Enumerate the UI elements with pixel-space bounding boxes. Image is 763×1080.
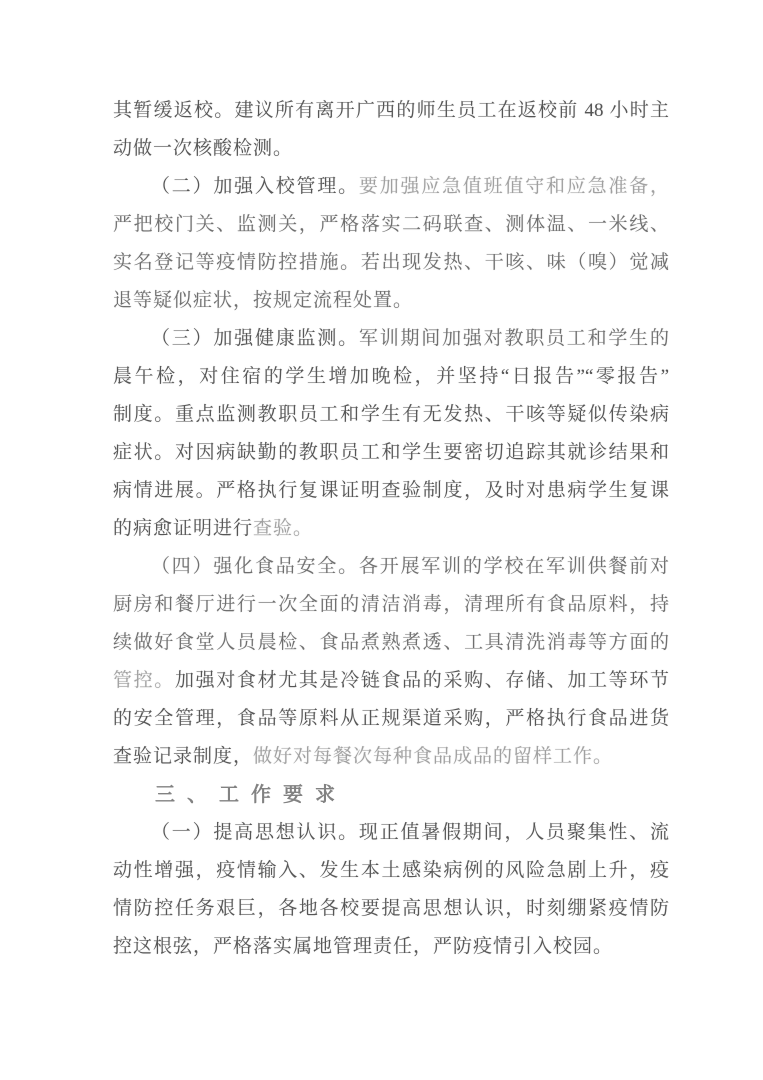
text-line-20: （一）提高思想认识。现正值暑假期间，人员聚集性、流 [113, 814, 669, 852]
text-segment: 严把校门关、监测关，严格落实二码联查、测体温、一米线、 [113, 214, 669, 235]
text-line-16: 管控。加强对食材尤其是冷链食品的采购、存储、加工等环节 [113, 662, 669, 700]
text-segment: 实名登记等疫情防控措施。若出现发热、干咳、味（嗅）觉减 [113, 252, 669, 273]
text-line-10: 症状。对因病缺勤的教职员工和学生要密切追踪其就诊结果和 [113, 434, 669, 472]
text-segment: （一）提高思想认识。现正值暑假期间，人员聚集性、流 [151, 822, 669, 843]
text-line-11: 病情进展。严格执行复课证明查验制度，及时对患病学生复课 [113, 472, 669, 510]
text-segment: 做好对每餐次每种食品成品的留样工作。 [253, 746, 613, 767]
text-segment: 动做一次核酸检测。 [113, 138, 293, 159]
text-line-4: 严把校门关、监测关，严格落实二码联查、测体温、一米线、 [113, 206, 669, 244]
text-line-6: 退等疑似症状，按规定流程处置。 [113, 282, 669, 320]
text-segment: 的病愈证明进行 [113, 518, 253, 539]
text-line-7: （三）加强健康监测。军训期间加强对教职员工和学生的 [113, 320, 669, 358]
text-segment: 续做好食堂人员晨检、食品煮熟煮透、工具清洗消毒等方面的 [113, 632, 669, 653]
text-segment: 军训期间加强对教职员工和学生的 [359, 328, 669, 349]
text-segment: 的安全管理，食品等原料从正规渠道采购，严格执行食品进货 [113, 708, 669, 729]
text-segment: 三、工作要求 [155, 784, 347, 806]
text-line-9: 制度。重点监测教职员工和学生有无发热、干咳等疑似传染病 [113, 396, 669, 434]
text-segment: 症状。对因病缺勤的教职员工和学生要密切追踪其就诊结果和 [113, 442, 669, 463]
text-line-5: 实名登记等疫情防控措施。若出现发热、干咳、味（嗅）觉减 [113, 244, 669, 282]
text-segment: 晨午检，对住宿的学生增加晚检，并坚持“日报告”“零报告” [113, 366, 669, 387]
text-segment: 厨房和餐厅进行一次全面的清洁消毒，清理所有食品原料，持 [113, 594, 669, 615]
text-segment: 管控。 [113, 670, 175, 691]
section-heading: 三、工作要求 [113, 776, 669, 814]
text-line-2: 动做一次核酸检测。 [113, 130, 669, 168]
text-line-13: （四）强化食品安全。各开展军训的学校在军训供餐前对 [113, 548, 669, 586]
text-segment: （四）强化食品安全。各开展军训的学校在军训供餐前对 [151, 556, 669, 577]
text-segment: 其暂缓返校。建议所有离开广西的师生员工在返校前 48 小时主 [113, 100, 669, 121]
text-line-3: （二）加强入校管理。要加强应急值班值守和应急准备， [113, 168, 669, 206]
text-segment: 退等疑似症状，按规定流程处置。 [113, 290, 413, 311]
text-line-22: 情防控任务艰巨，各地各校要提高思想认识，时刻绷紧疫情防 [113, 890, 669, 928]
text-segment: （三）加强健康监测。 [151, 328, 359, 349]
text-line-17: 的安全管理，食品等原料从正规渠道采购，严格执行食品进货 [113, 700, 669, 738]
text-line-23: 控这根弦，严格落实属地管理责任，严防疫情引入校园。 [113, 928, 669, 966]
text-line-12: 的病愈证明进行查验。 [113, 510, 669, 548]
text-line-21: 动性增强，疫情输入、发生本土感染病例的风险急剧上升，疫 [113, 852, 669, 890]
text-segment: 病情进展。严格执行复课证明查验制度，及时对患病学生复课 [113, 480, 669, 501]
text-line-15: 续做好食堂人员晨检、食品煮熟煮透、工具清洗消毒等方面的 [113, 624, 669, 662]
text-line-1: 其暂缓返校。建议所有离开广西的师生员工在返校前 48 小时主 [113, 92, 669, 130]
text-segment: 加强对食材尤其是冷链食品的采购、存储、加工等环节 [175, 670, 669, 691]
text-segment: 情防控任务艰巨，各地各校要提高思想认识，时刻绷紧疫情防 [113, 898, 669, 919]
text-segment: 动性增强，疫情输入、发生本土感染病例的风险急剧上升，疫 [113, 860, 669, 881]
text-segment: 查验。 [253, 518, 313, 539]
document-page: 其暂缓返校。建议所有离开广西的师生员工在返校前 48 小时主动做一次核酸检测。（… [0, 0, 763, 1080]
text-line-8: 晨午检，对住宿的学生增加晚检，并坚持“日报告”“零报告” [113, 358, 669, 396]
text-line-18: 查验记录制度，做好对每餐次每种食品成品的留样工作。 [113, 738, 669, 776]
text-segment: 查验记录制度， [113, 746, 253, 767]
text-segment: 制度。重点监测教职员工和学生有无发热、干咳等疑似传染病 [113, 404, 669, 425]
text-line-14: 厨房和餐厅进行一次全面的清洁消毒，清理所有食品原料，持 [113, 586, 669, 624]
text-segment: 要加强应急值班值守和应急准备， [359, 176, 669, 197]
text-segment: （二）加强入校管理。 [151, 176, 359, 197]
document-content: 其暂缓返校。建议所有离开广西的师生员工在返校前 48 小时主动做一次核酸检测。（… [113, 92, 669, 966]
text-segment: 控这根弦，严格落实属地管理责任，严防疫情引入校园。 [113, 936, 613, 957]
